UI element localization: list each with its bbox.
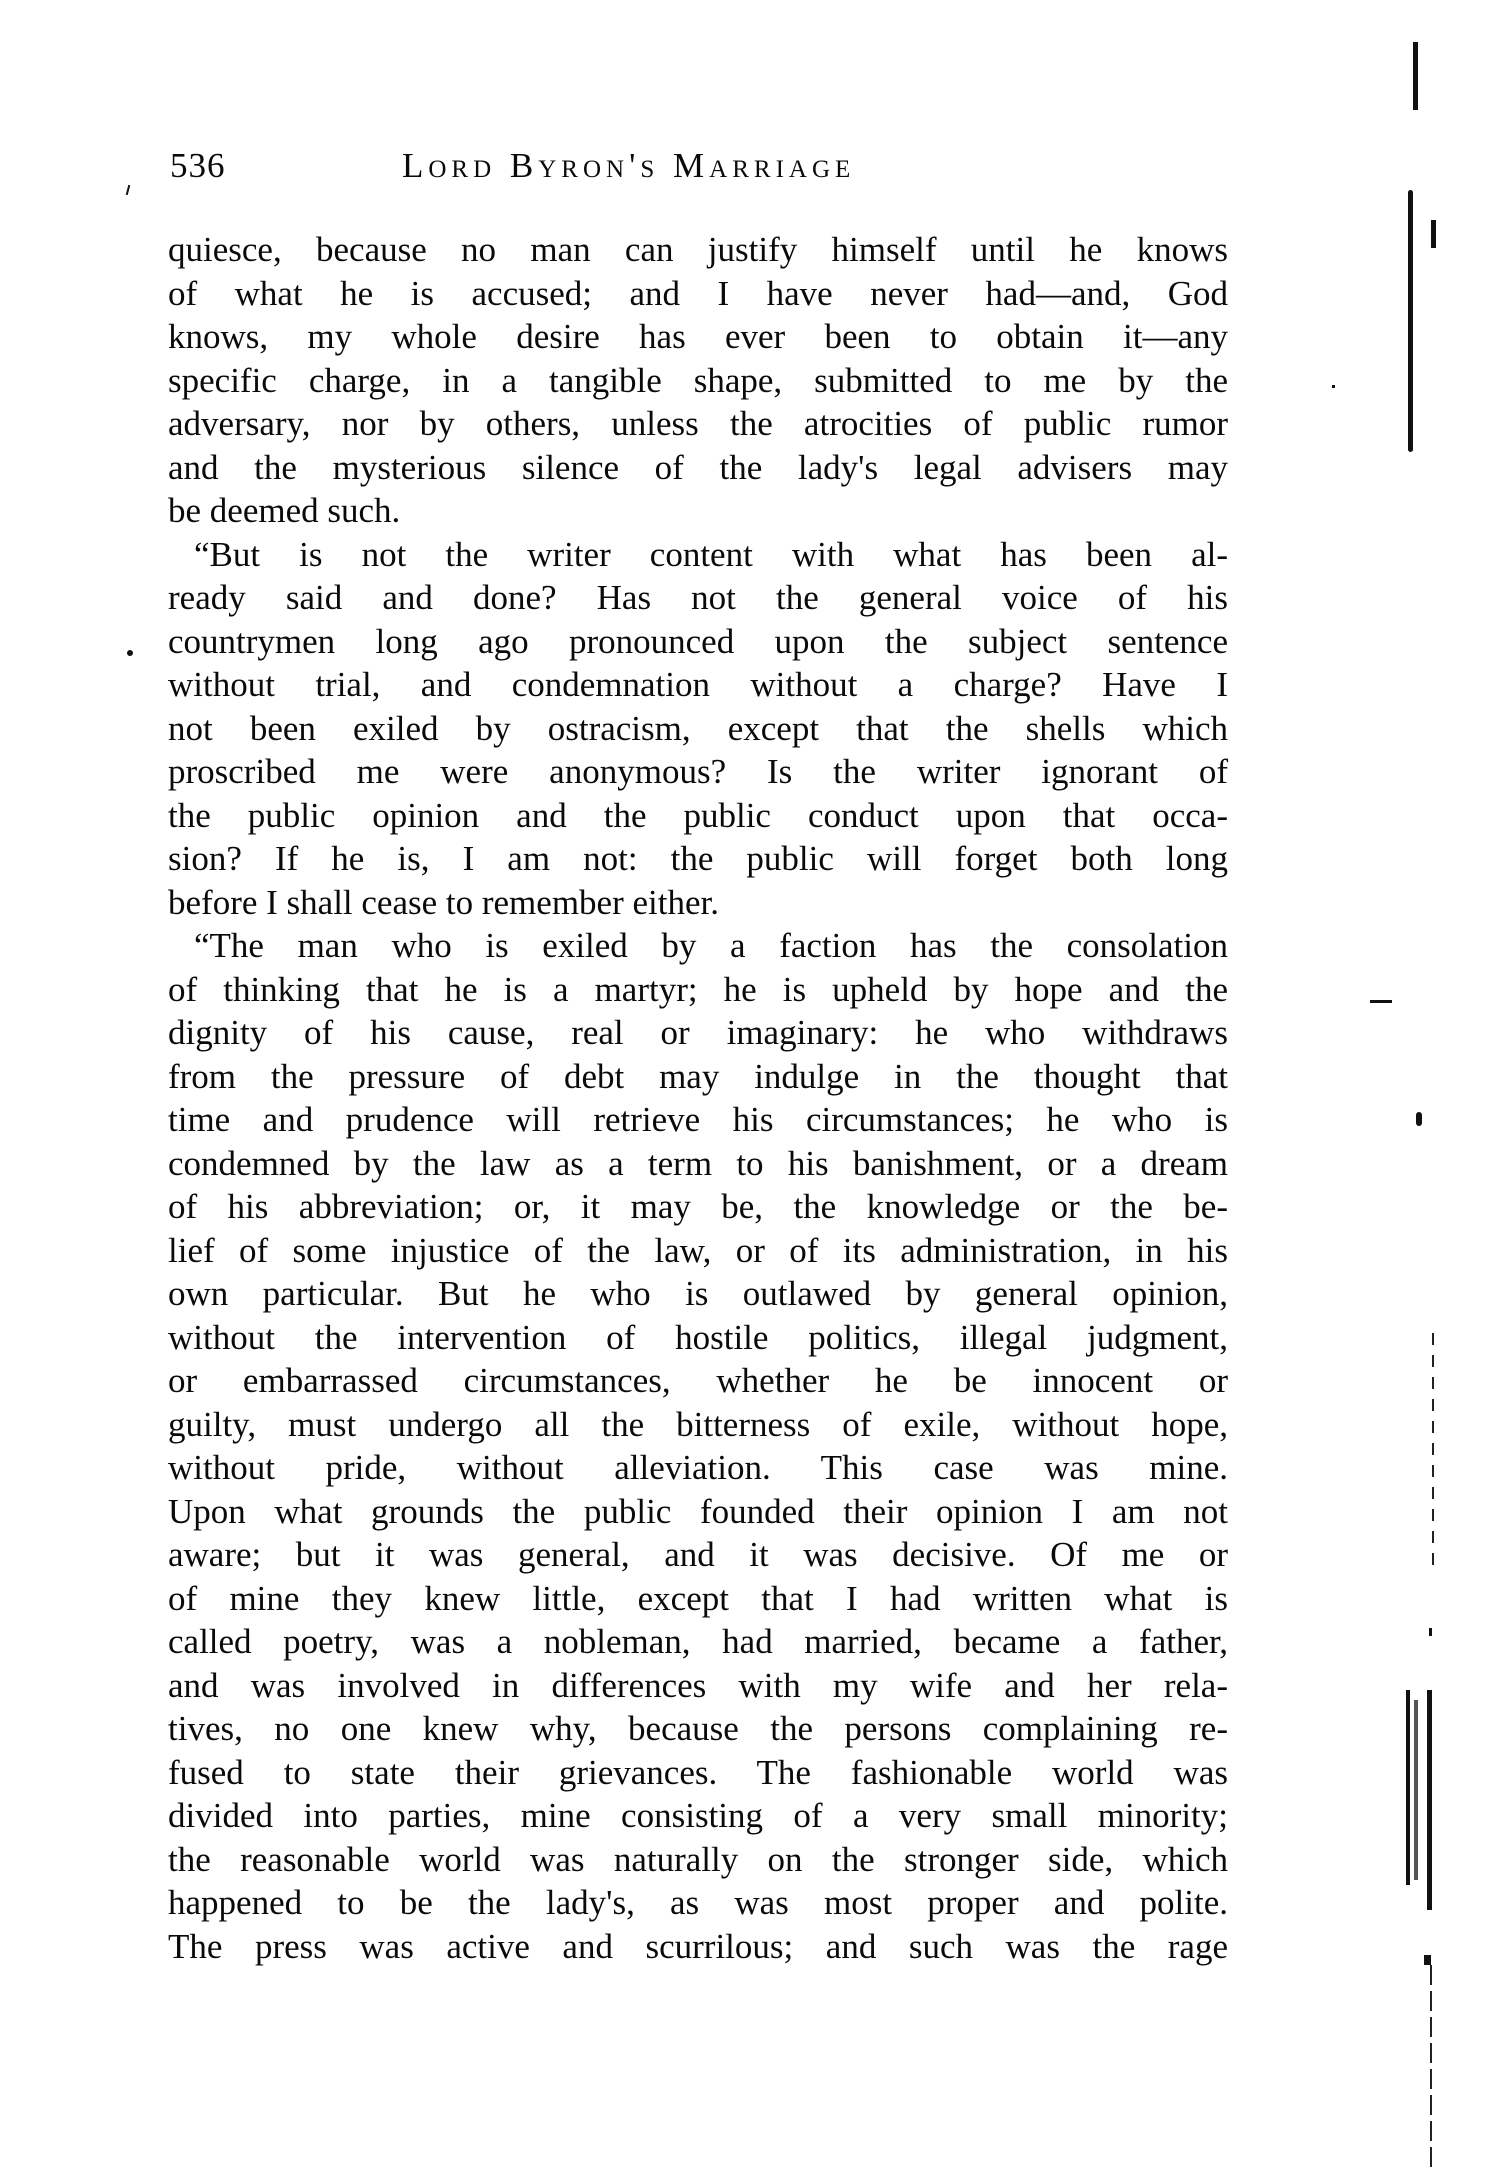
- text-line: not been exiled by ostracism, except tha…: [168, 707, 1228, 751]
- text-line: called poetry, was a nobleman, had marri…: [168, 1620, 1228, 1664]
- text-line: happened to be the lady's, as was most p…: [168, 1881, 1228, 1925]
- scan-artifact-mark: [1424, 1955, 1431, 1965]
- page-number: 536: [170, 146, 226, 186]
- text-line: quiesce, because no man can justify hims…: [168, 228, 1228, 272]
- text-line: of what he is accused; and I have never …: [168, 272, 1228, 316]
- paragraph: “But is not the writer content with what…: [168, 533, 1228, 925]
- text-line: ready said and done? Has not the general…: [168, 576, 1228, 620]
- text-line: The press was active and scurrilous; and…: [168, 1925, 1228, 1969]
- text-line: and was involved in differences with my …: [168, 1664, 1228, 1708]
- text-line: from the pressure of debt may indulge in…: [168, 1055, 1228, 1099]
- scan-artifact-mark: [1406, 1690, 1410, 1885]
- text-line: or embarrassed circumstances, whether he…: [168, 1359, 1228, 1403]
- text-line: adversary, nor by others, unless the atr…: [168, 402, 1228, 446]
- text-line: divided into parties, mine consisting of…: [168, 1794, 1228, 1838]
- text-line: sion? If he is, I am not: the public wil…: [168, 837, 1228, 881]
- text-line: proscribed me were anonymous? Is the wri…: [168, 750, 1228, 794]
- text-line: without the intervention of hostile poli…: [168, 1316, 1228, 1360]
- running-title: Lord Byron's Marriage: [402, 146, 855, 186]
- text-line: and the mysterious silence of the lady's…: [168, 446, 1228, 490]
- text-line: “The man who is exiled by a faction has …: [168, 924, 1228, 968]
- text-line: fused to state their grievances. The fas…: [168, 1751, 1228, 1795]
- text-line: condemned by the law as a term to his ba…: [168, 1142, 1228, 1186]
- scan-artifact-mark: [1416, 1112, 1422, 1126]
- text-line: lief of some injustice of the law, or of…: [168, 1229, 1228, 1273]
- text-line: time and prudence will retrieve his circ…: [168, 1098, 1228, 1142]
- scan-artifact-mark: [1427, 1690, 1432, 1910]
- text-line: aware; but it was general, and it was de…: [168, 1533, 1228, 1577]
- text-line: without trial, and condemnation without …: [168, 663, 1228, 707]
- scan-artifact-mark: [1431, 220, 1436, 248]
- text-line: “But is not the writer content with what…: [168, 533, 1228, 577]
- text-line: be deemed such.: [168, 489, 1228, 533]
- scan-artifact-mark: [1429, 1628, 1432, 1636]
- text-line: dignity of his cause, real or imaginary:…: [168, 1011, 1228, 1055]
- text-line: of mine they knew little, except that I …: [168, 1577, 1228, 1621]
- text-line: knows, my whole desire has ever been to …: [168, 315, 1228, 359]
- scan-artifact-mark: [1332, 385, 1335, 388]
- book-page: 536 Lord Byron's Marriage quiesce, becau…: [0, 0, 1496, 2170]
- text-line: without pride, without alleviation. This…: [168, 1446, 1228, 1490]
- paragraph: quiesce, because no man can justify hims…: [168, 228, 1228, 533]
- text-line: of thinking that he is a martyr; he is u…: [168, 968, 1228, 1012]
- scan-artifact-mark: [1432, 1333, 1434, 1565]
- text-line: tives, no one knew why, because the pers…: [168, 1707, 1228, 1751]
- text-line: own particular. But he who is outlawed b…: [168, 1272, 1228, 1316]
- text-line: guilty, must undergo all the bitterness …: [168, 1403, 1228, 1447]
- running-head: 536 Lord Byron's Marriage: [170, 146, 1000, 186]
- scan-artifact-mark: [1414, 1700, 1418, 1880]
- body-text: quiesce, because no man can justify hims…: [168, 228, 1228, 1968]
- scan-artifact-mark: [1430, 1965, 1432, 2170]
- text-line: of his abbreviation; or, it may be, the …: [168, 1185, 1228, 1229]
- scan-artifact-mark: [127, 650, 133, 656]
- text-line: specific charge, in a tangible shape, su…: [168, 359, 1228, 403]
- paragraph: “The man who is exiled by a faction has …: [168, 924, 1228, 1968]
- text-line: the public opinion and the public conduc…: [168, 794, 1228, 838]
- text-line: the reasonable world was naturally on th…: [168, 1838, 1228, 1882]
- scan-artifact-mark: [126, 185, 131, 195]
- text-line: before I shall cease to remember either.: [168, 881, 1228, 925]
- text-line: countrymen long ago pronounced upon the …: [168, 620, 1228, 664]
- scan-artifact-mark: [1408, 190, 1413, 452]
- scan-artifact-mark: [1413, 42, 1418, 110]
- scan-artifact-mark: [1370, 1000, 1392, 1003]
- text-line: Upon what grounds the public founded the…: [168, 1490, 1228, 1534]
